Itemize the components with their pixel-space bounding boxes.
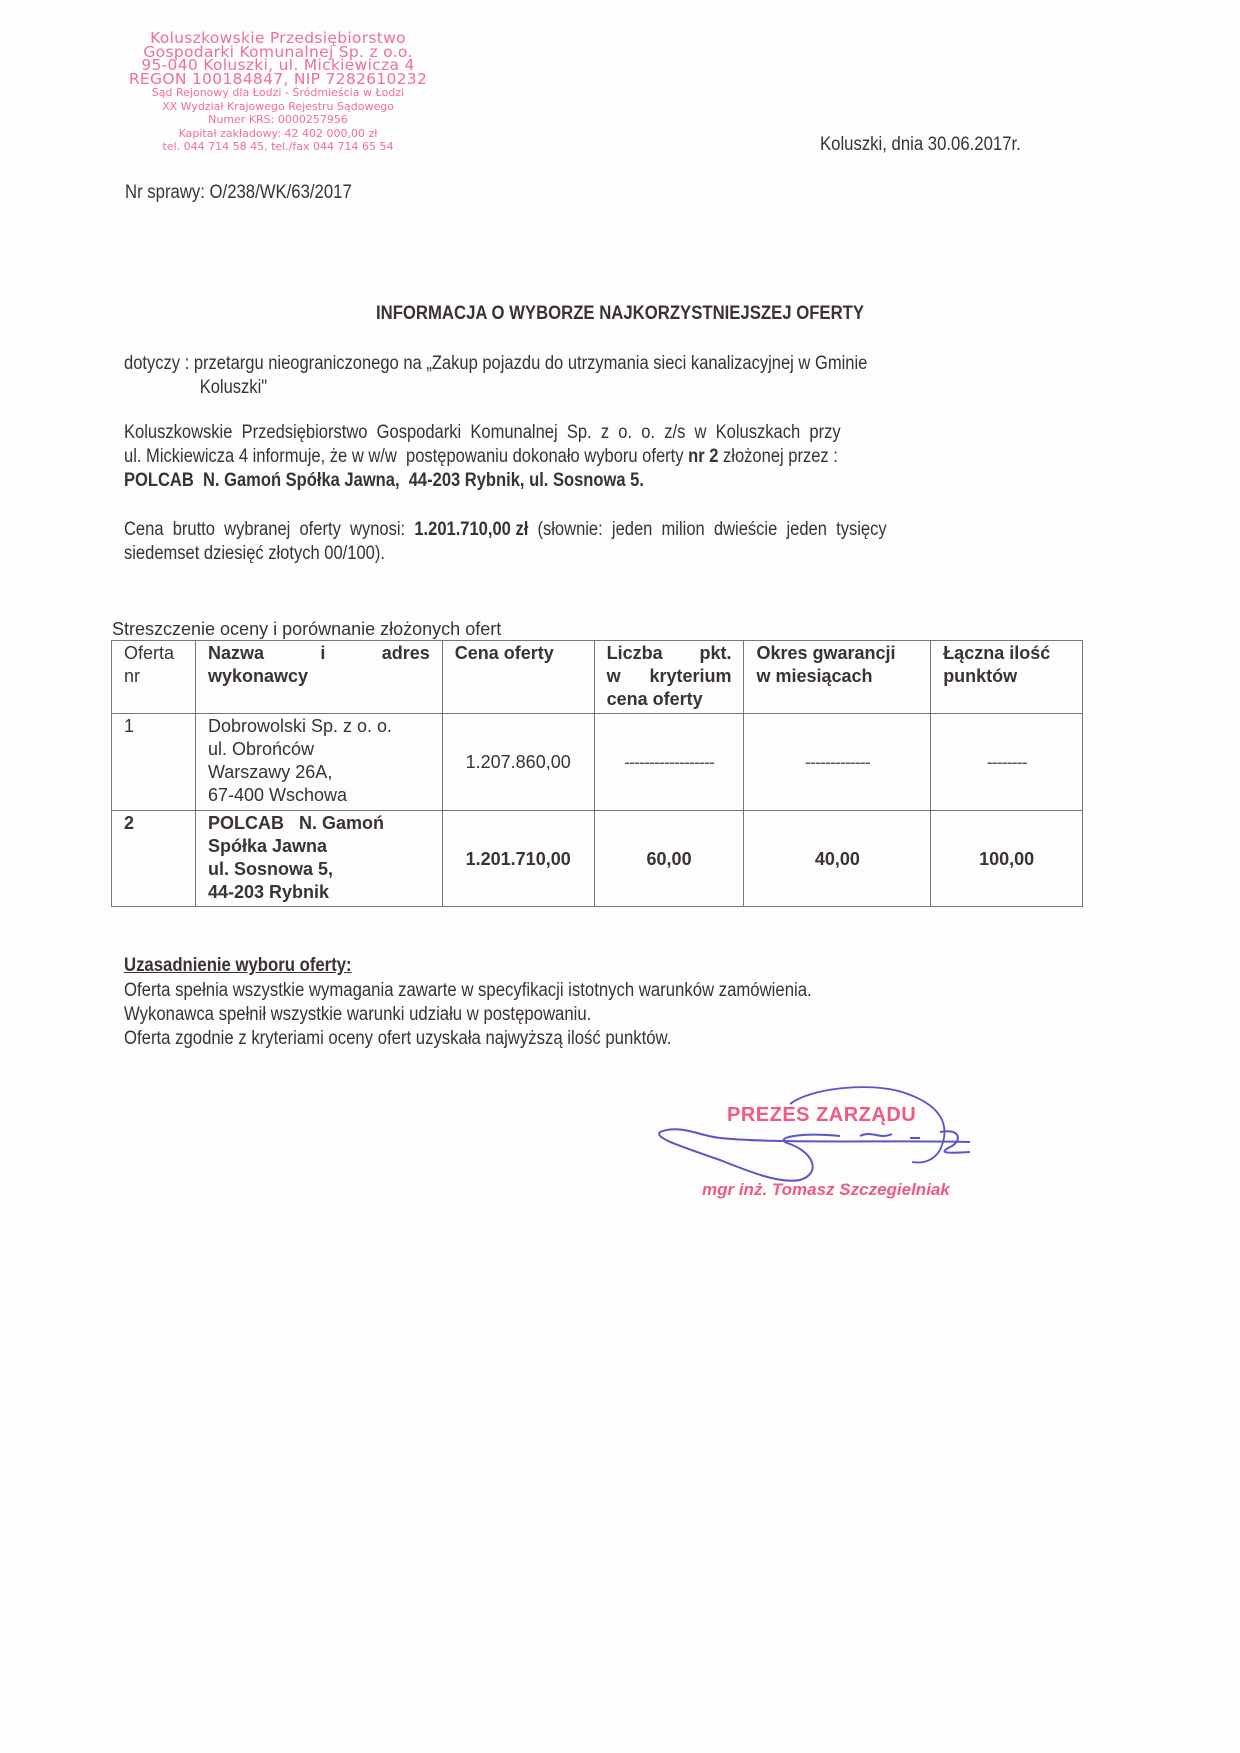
header-word: Liczba [607,642,663,665]
company-stamp: Koluszkowskie Przedsiębiorstwo Gospodark… [98,32,458,154]
announcement-line: Koluszkowskie Przedsiębiorstwo Gospodark… [124,421,994,445]
contractor-line: POLCAB N. Gamoń [208,812,430,835]
announcement-line: ul. Mickiewicza 4 informuje, że w w/w po… [124,445,994,469]
header-word: kryterium [649,665,731,688]
justification-line: Oferta zgodnie z kryteriami oceny ofert … [124,1027,1092,1051]
header-text: nr [124,665,183,688]
header-text: punktów [943,665,1070,688]
place-date: Koluszki, dnia 30.06.2017r. [820,134,1021,156]
cell-total: 100,00 [931,811,1083,907]
document-title: INFORMACJA O WYBORZE NAJKORZYSTNIEJSZEJ … [74,303,1165,325]
cell-points: ------------------ [594,714,744,811]
header-word: pkt. [699,642,731,665]
header-text: w kryterium [607,665,732,688]
offer-number: nr 2 [688,446,718,467]
stamp-line: Numer KRS: 0000257956 [98,113,458,127]
contractor-line: ul. Sosnowa 5, [208,858,430,881]
subject-paragraph: dotyczy : przetargu nieograniczonego na … [124,352,1081,400]
header-text: Okres gwarancji [756,642,918,665]
cell-contractor: POLCAB N. Gamoń Spółka Jawna ul. Sosnowa… [195,811,442,907]
header-text: cena oferty [607,688,732,711]
cell-points: 60,00 [594,811,744,907]
cell-offer-nr: 2 [112,811,196,907]
table-header-row: Oferta nr Nazwa i adres wykonawcy Cena o… [112,641,1083,714]
table-row: 2 POLCAB N. Gamoń Spółka Jawna ul. Sosno… [112,811,1083,907]
signatory-name: mgr inż. Tomasz Szczegielniak [702,1180,950,1200]
header-word: w [607,665,621,688]
header-word: i [320,642,325,665]
header-word: adres [382,642,430,665]
justification-title: Uzasadnienie wyboru oferty: [124,955,352,977]
stamp-line: Kapitał zakładowy: 42 402 000,00 zł [98,127,458,141]
header-text: Łączna ilość [943,642,1070,665]
winner-address: POLCAB N. Gamoń Spółka Jawna, 44-203 Ryb… [124,469,994,493]
header-text: w miesiącach [756,665,918,688]
header-text: Nazwa i adres [208,642,430,665]
header-contractor: Nazwa i adres wykonawcy [195,641,442,714]
cell-contractor: Dobrowolski Sp. z o. o. ul. Obrońców War… [195,714,442,811]
cell-warranty: ------------- [744,714,931,811]
price-words-line2: siedemset dziesięć złotych 00/100). [124,542,1081,566]
price-line: Cena brutto wybranej oferty wynosi: 1.20… [124,518,1081,542]
header-text: Liczba pkt. [607,642,732,665]
header-total: Łączna ilość punktów [931,641,1083,714]
announcement-text: złożonej przez : [718,446,837,467]
table-row: 1 Dobrowolski Sp. z o. o. ul. Obrońców W… [112,714,1083,811]
justification-line: Wykonawca spełnił wszystkie warunki udzi… [124,1003,1092,1027]
cell-price: 1.207.860,00 [442,714,594,811]
subject-line: dotyczy : przetargu nieograniczonego na … [124,353,867,374]
contractor-line: Dobrowolski Sp. z o. o. [208,715,430,738]
cell-price: 1.201.710,00 [442,811,594,907]
subject-line: Koluszki" [124,376,1081,400]
justification-text: Oferta spełnia wszystkie wymagania zawar… [124,979,1092,1051]
contractor-line: 67-400 Wschowa [208,784,430,807]
header-text: wykonawcy [208,665,430,688]
contractor-line: Warszawy 26A, [208,761,430,784]
contractor-line: Spółka Jawna [208,835,430,858]
announcement-paragraph: Koluszkowskie Przedsiębiorstwo Gospodark… [124,421,994,493]
header-text: Oferta [124,642,183,665]
stamp-line: Sąd Rejonowy dla Łodzi - Śródmieścia w Ł… [98,86,458,100]
signatory-role: PREZES ZARZĄDU [727,1104,916,1127]
cell-warranty: 40,00 [744,811,931,907]
announcement-text: ul. Mickiewicza 4 informuje, że w w/w po… [124,446,688,467]
case-number: Nr sprawy: O/238/WK/63/2017 [125,182,352,204]
header-price: Cena oferty [442,641,594,714]
stamp-line: REGON 100184847, NIP 7282610232 [98,73,458,87]
price-label: Cena brutto wybranej oferty wynosi: [124,519,414,540]
contractor-line: 44-203 Rybnik [208,881,430,904]
header-offer-nr: Oferta nr [112,641,196,714]
contractor-line: ul. Obrońców [208,738,430,761]
stamp-line: tel. 044 714 58 45, tel./fax 044 714 65 … [98,140,458,154]
price-paragraph: Cena brutto wybranej oferty wynosi: 1.20… [124,518,1081,566]
header-word: Nazwa [208,642,264,665]
cell-offer-nr: 1 [112,714,196,811]
price-words: (słownie: jeden milion dwieście jeden ty… [528,519,886,540]
offers-table: Oferta nr Nazwa i adres wykonawcy Cena o… [111,640,1083,907]
price-amount: 1.201.710,00 zł [414,519,528,540]
header-points: Liczba pkt. w kryterium cena oferty [594,641,744,714]
table-caption: Streszczenie oceny i porównanie złożonyc… [112,619,501,640]
header-warranty: Okres gwarancji w miesiącach [744,641,931,714]
justification-line: Oferta spełnia wszystkie wymagania zawar… [124,979,1092,1003]
stamp-line: XX Wydział Krajowego Rejestru Sądowego [98,100,458,114]
cell-total: -------- [931,714,1083,811]
